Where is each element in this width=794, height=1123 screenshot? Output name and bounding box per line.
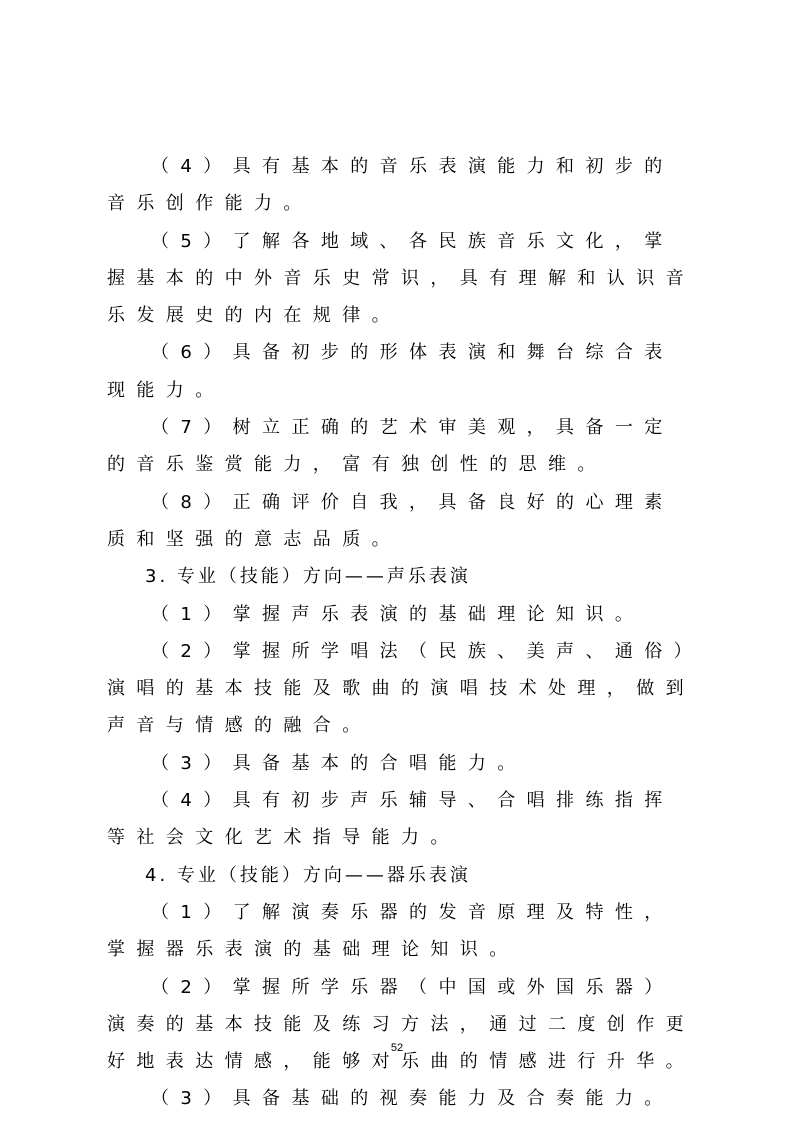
paragraph-vocal-3: （3）具备基本的合唱能力。: [107, 745, 697, 782]
paragraph-item-6-stage: （6）具备初步的形体表演和舞台综合表现能力。: [107, 334, 697, 409]
paragraph-instrumental-2: （2）掌握所学乐器（中国或外国乐器）演奏的基本技能及练习方法，通过二度创作更好地…: [107, 969, 697, 1081]
paragraph-vocal-2: （2）掌握所学唱法（民族、美声、通俗）演唱的基本技能及歌曲的演唱技术处理，做到声…: [107, 633, 697, 745]
paragraph-item-8-self-evaluation: （8）正确评价自我，具备良好的心理素质和坚强的意志品质。: [107, 484, 697, 559]
section-heading-instrumental: 4. 专业（技能）方向——器乐表演: [107, 857, 697, 894]
paragraph-instrumental-1: （1）了解演奏乐器的发音原理及特性，掌握器乐表演的基础理论知识。: [107, 894, 697, 969]
page-number: 52: [0, 1042, 794, 1054]
paragraph-instrumental-3: （3）具备基础的视奏能力及合奏能力。: [107, 1080, 697, 1117]
section-heading-vocal: 3. 专业（技能）方向——声乐表演: [107, 558, 697, 595]
paragraph-item-4-performance: （4）具有基本的音乐表演能力和初步的音乐创作能力。: [107, 148, 697, 223]
document-body: （4）具有基本的音乐表演能力和初步的音乐创作能力。 （5）了解各地域、各民族音乐…: [107, 148, 697, 1118]
paragraph-item-7-aesthetics: （7）树立正确的艺术审美观，具备一定的音乐鉴赏能力，富有独创性的思维。: [107, 409, 697, 484]
paragraph-vocal-1: （1）掌握声乐表演的基础理论知识。: [107, 596, 697, 633]
paragraph-item-5-music-culture: （5）了解各地域、各民族音乐文化，掌握基本的中外音乐史常识，具有理解和认识音乐发…: [107, 223, 697, 335]
document-page: （4）具有基本的音乐表演能力和初步的音乐创作能力。 （5）了解各地域、各民族音乐…: [0, 0, 794, 1123]
paragraph-vocal-4: （4）具有初步声乐辅导、合唱排练指挥等社会文化艺术指导能力。: [107, 782, 697, 857]
